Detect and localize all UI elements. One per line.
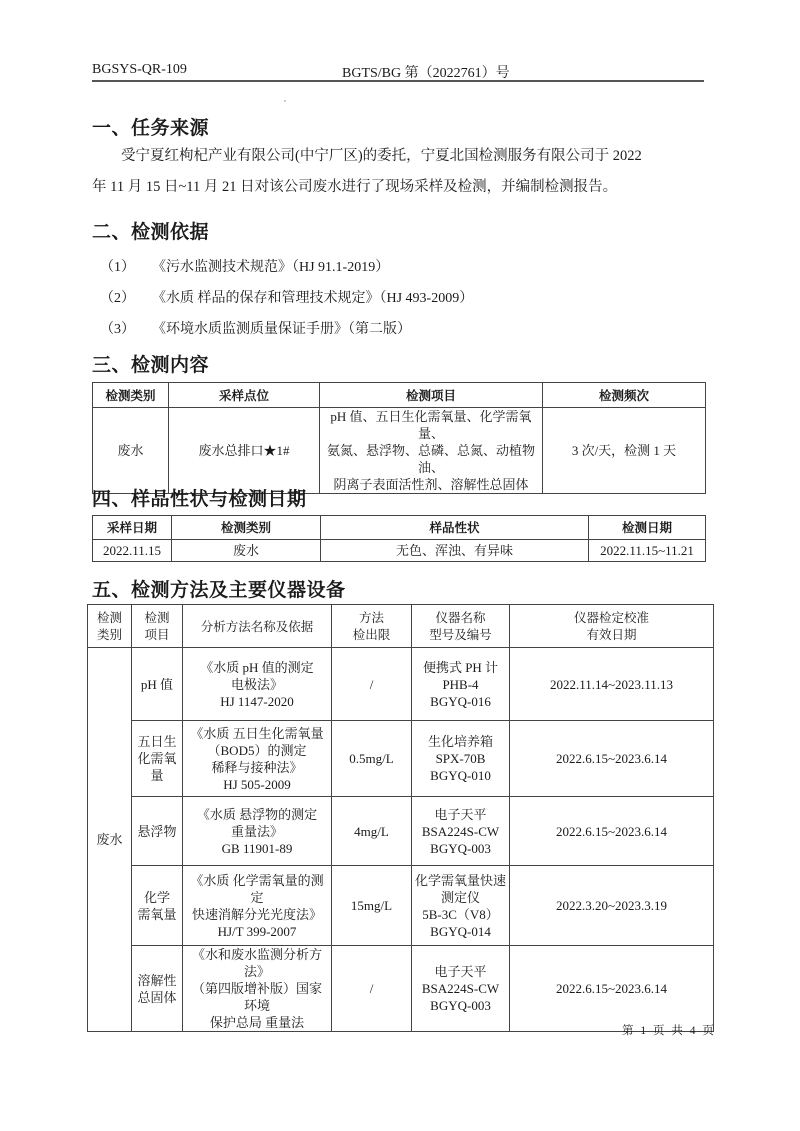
sample-date-cell: 2022.11.15 [93, 540, 172, 562]
report-page: BGSYS-QR-109 BGTS/BG 第（2022761）号 一、任务来源 … [0, 0, 800, 1131]
col-header: 检测频次 [543, 383, 706, 408]
col-header: 检测项目 [132, 605, 183, 648]
item-cell: 悬浮物 [132, 797, 183, 866]
form-code: BGSYS-QR-109 [92, 62, 187, 78]
section-5-title: 五、检测方法及主要仪器设备 [92, 575, 346, 602]
table-row: 2022.11.15 废水 无色、浑浊、有异味 2022.11.15~11.21 [93, 540, 706, 562]
test-date-cell: 2022.11.15~11.21 [589, 540, 706, 562]
reference-item: （3）《环境水质监测质量保证手册》（第二版） [100, 318, 411, 338]
sample-table: 采样日期 检测类别 样品性状 检测日期 2022.11.15 废水 无色、浑浊、… [92, 515, 706, 562]
section-1-body: 受宁夏红枸杞产业有限公司(中宁厂区)的委托，宁夏北国检测服务有限公司于 2022… [92, 141, 704, 203]
col-header: 采样日期 [93, 516, 172, 540]
report-number: BGTS/BG 第（2022761）号 [342, 62, 510, 82]
limit-cell: / [332, 648, 412, 721]
col-header: 仪器检定校准有效日期 [510, 605, 714, 648]
method-cell: 《水质 pH 值的测定 电极法》 HJ 1147-2020 [183, 648, 332, 721]
appearance-cell: 无色、浑浊、有异味 [321, 540, 589, 562]
valid-date-cell: 2022.3.20~2023.3.19 [510, 866, 714, 946]
section-1-title: 一、任务来源 [92, 113, 209, 140]
item-cell: 化学 需氧量 [132, 866, 183, 946]
col-header: 检测类别 [93, 383, 169, 408]
col-header: 样品性状 [321, 516, 589, 540]
valid-date-cell: 2022.6.15~2023.6.14 [510, 721, 714, 797]
col-header: 采样点位 [169, 383, 320, 408]
method-cell: 《水质 悬浮物的测定 重量法》 GB 11901-89 [183, 797, 332, 866]
limit-cell: 4mg/L [332, 797, 412, 866]
page-header: BGSYS-QR-109 BGTS/BG 第（2022761）号 [92, 62, 704, 82]
category-cell: 废水 [93, 408, 169, 494]
category-cell: 废水 [172, 540, 321, 562]
section-3-title: 三、检测内容 [92, 350, 209, 377]
category-cell: 废水 [88, 648, 132, 1032]
instrument-cell: 电子天平 BSA224S-CW BGYQ-003 [412, 797, 510, 866]
col-header: 方法检出限 [332, 605, 412, 648]
instrument-cell: 化学需氧量快速 测定仪 5B-3C（V8） BGYQ-014 [412, 866, 510, 946]
instrument-cell: 生化培养箱 SPX-70B BGYQ-010 [412, 721, 510, 797]
table-row: 溶解性 总固体 《水和废水监测分析方法》 （第四版增补版）国家环境 保护总局 重… [88, 946, 714, 1032]
col-header: 检测项目 [320, 383, 543, 408]
limit-cell: 0.5mg/L [332, 721, 412, 797]
item-cell: 五日生 化需氧 量 [132, 721, 183, 797]
instrument-cell: 便携式 PH 计 PHB-4 BGYQ-016 [412, 648, 510, 721]
col-header: 检测类别 [88, 605, 132, 648]
items-cell: pH 值、五日生化需氧量、化学需氧量、 氨氮、悬浮物、总磷、总氮、动植物油、 阴… [320, 408, 543, 494]
col-header: 检测日期 [589, 516, 706, 540]
valid-date-cell: 2022.11.14~2023.11.13 [510, 648, 714, 721]
limit-cell: 15mg/L [332, 866, 412, 946]
header-divider [92, 80, 704, 82]
instrument-cell: 电子天平 BSA224S-CW BGYQ-003 [412, 946, 510, 1032]
method-cell: 《水和废水监测分析方法》 （第四版增补版）国家环境 保护总局 重量法 [183, 946, 332, 1032]
limit-cell: / [332, 946, 412, 1032]
page-number: 第 1 页 共 4 页 [622, 1022, 716, 1038]
col-header: 检测类别 [172, 516, 321, 540]
col-header: 分析方法名称及依据 [183, 605, 332, 648]
method-cell: 《水质 五日生化需氧量 （BOD5）的测定 稀释与接种法》 HJ 505-200… [183, 721, 332, 797]
item-cell: pH 值 [132, 648, 183, 721]
valid-date-cell: 2022.6.15~2023.6.14 [510, 946, 714, 1032]
col-header: 仪器名称型号及编号 [412, 605, 510, 648]
section-4-title: 四、样品性状与检测日期 [92, 484, 307, 511]
reference-item: （1）《污水监测技术规范》（HJ 91.1-2019） [100, 256, 389, 276]
table-row: 化学 需氧量 《水质 化学需氧量的测定 快速消解分光光度法》 HJ/T 399-… [88, 866, 714, 946]
valid-date-cell: 2022.6.15~2023.6.14 [510, 797, 714, 866]
table-row: 悬浮物 《水质 悬浮物的测定 重量法》 GB 11901-89 4mg/L 电子… [88, 797, 714, 866]
reference-item: （2）《水质 样品的保存和管理技术规定》（HJ 493-2009） [100, 287, 473, 307]
section-2-title: 二、检测依据 [92, 217, 209, 244]
content-table: 检测类别 采样点位 检测项目 检测频次 废水 废水总排口★1# pH 值、五日生… [92, 382, 706, 494]
table-row: 五日生 化需氧 量 《水质 五日生化需氧量 （BOD5）的测定 稀释与接种法》 … [88, 721, 714, 797]
section-1-line-2: 年 11 月 15 日~11 月 21 日对该公司废水进行了现场采样及检测，并编… [92, 172, 704, 203]
location-cell: 废水总排口★1# [169, 408, 320, 494]
frequency-cell: 3 次/天，检测 1 天 [543, 408, 706, 494]
scan-speck [284, 100, 286, 102]
methods-table: 检测类别 检测项目 分析方法名称及依据 方法检出限 仪器名称型号及编号 仪器检定… [87, 604, 714, 1032]
table-row: 废水 pH 值 《水质 pH 值的测定 电极法》 HJ 1147-2020 / … [88, 648, 714, 721]
method-cell: 《水质 化学需氧量的测定 快速消解分光光度法》 HJ/T 399-2007 [183, 866, 332, 946]
item-cell: 溶解性 总固体 [132, 946, 183, 1032]
table-row: 废水 废水总排口★1# pH 值、五日生化需氧量、化学需氧量、 氨氮、悬浮物、总… [93, 408, 706, 494]
section-1-line-1: 受宁夏红枸杞产业有限公司(中宁厂区)的委托，宁夏北国检测服务有限公司于 2022 [92, 141, 704, 172]
